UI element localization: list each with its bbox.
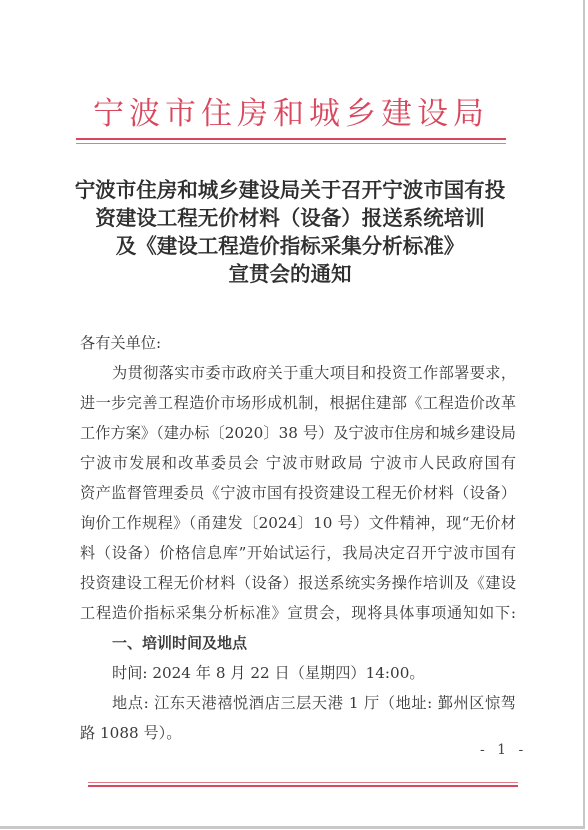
training-time: 时间: 2024 年 8 月 22 日（星期四）14:00。 — [80, 658, 516, 688]
training-location-cont: 路 1088 号）。 — [80, 718, 516, 748]
paragraph-line: 投资建设工程无价材料（设备）报送系统实务操作培训及《建设 — [80, 568, 516, 598]
paragraph-line: 为贯彻落实市委市政府关于重大项目和投资工作部署要求， — [80, 358, 516, 388]
footer-rule-thin — [88, 782, 518, 783]
page-number: - 1 - — [480, 742, 527, 758]
paragraph-line: 料（设备）价格信息库”开始试运行，我局决定召开宁波市国有 — [80, 538, 516, 568]
title-line: 宁波市住房和城乡建设局关于召开宁波市国有投 — [60, 176, 520, 204]
title-line: 宣贯会的通知 — [60, 260, 520, 288]
masthead-issuer: 宁波市住房和城乡建设局 — [76, 94, 506, 134]
salutation: 各有关单位: — [80, 328, 516, 358]
paragraph-line: 资产监督管理委员《宁波市国有投资建设工程无价材料（设备） — [80, 478, 516, 508]
training-location: 地点: 江东天港禧悦酒店三层天港 1 厅（地址: 鄞州区惊驾 — [80, 688, 516, 718]
paragraph-line: 工作方案》（建办标〔2020〕38 号）及宁波市住房和城乡建设局 — [80, 418, 516, 448]
title-line: 及《建设工程造价指标采集分析标准》 — [60, 232, 520, 260]
document-body: 各有关单位: 为贯彻落实市委市政府关于重大项目和投资工作部署要求， 进一步完善工… — [80, 328, 516, 748]
title-line: 资建设工程无价材料（设备）报送系统培训 — [60, 204, 520, 232]
paragraph-line: 询价工作规程》（甬建发〔2024〕10 号）文件精神，现“无价材 — [80, 508, 516, 538]
section-heading: 一、培训时间及地点 — [80, 628, 516, 658]
masthead-rule-thin — [76, 143, 506, 144]
masthead-rule-thick — [76, 138, 506, 140]
document-page: 宁波市住房和城乡建设局 宁波市住房和城乡建设局关于召开宁波市国有投 资建设工程无… — [0, 0, 585, 829]
paragraph-line: 宁波市发展和改革委员会 宁波市财政局 宁波市人民政府国有 — [80, 448, 516, 478]
document-title: 宁波市住房和城乡建设局关于召开宁波市国有投 资建设工程无价材料（设备）报送系统培… — [60, 176, 520, 288]
paragraph-line: 工程造价指标采集分析标准》宣贯会，现将具体事项通知如下: — [80, 598, 516, 628]
footer-rule-thick — [88, 785, 518, 787]
paragraph-line: 进一步完善工程造价市场形成机制，根据住建部《工程造价改革 — [80, 388, 516, 418]
